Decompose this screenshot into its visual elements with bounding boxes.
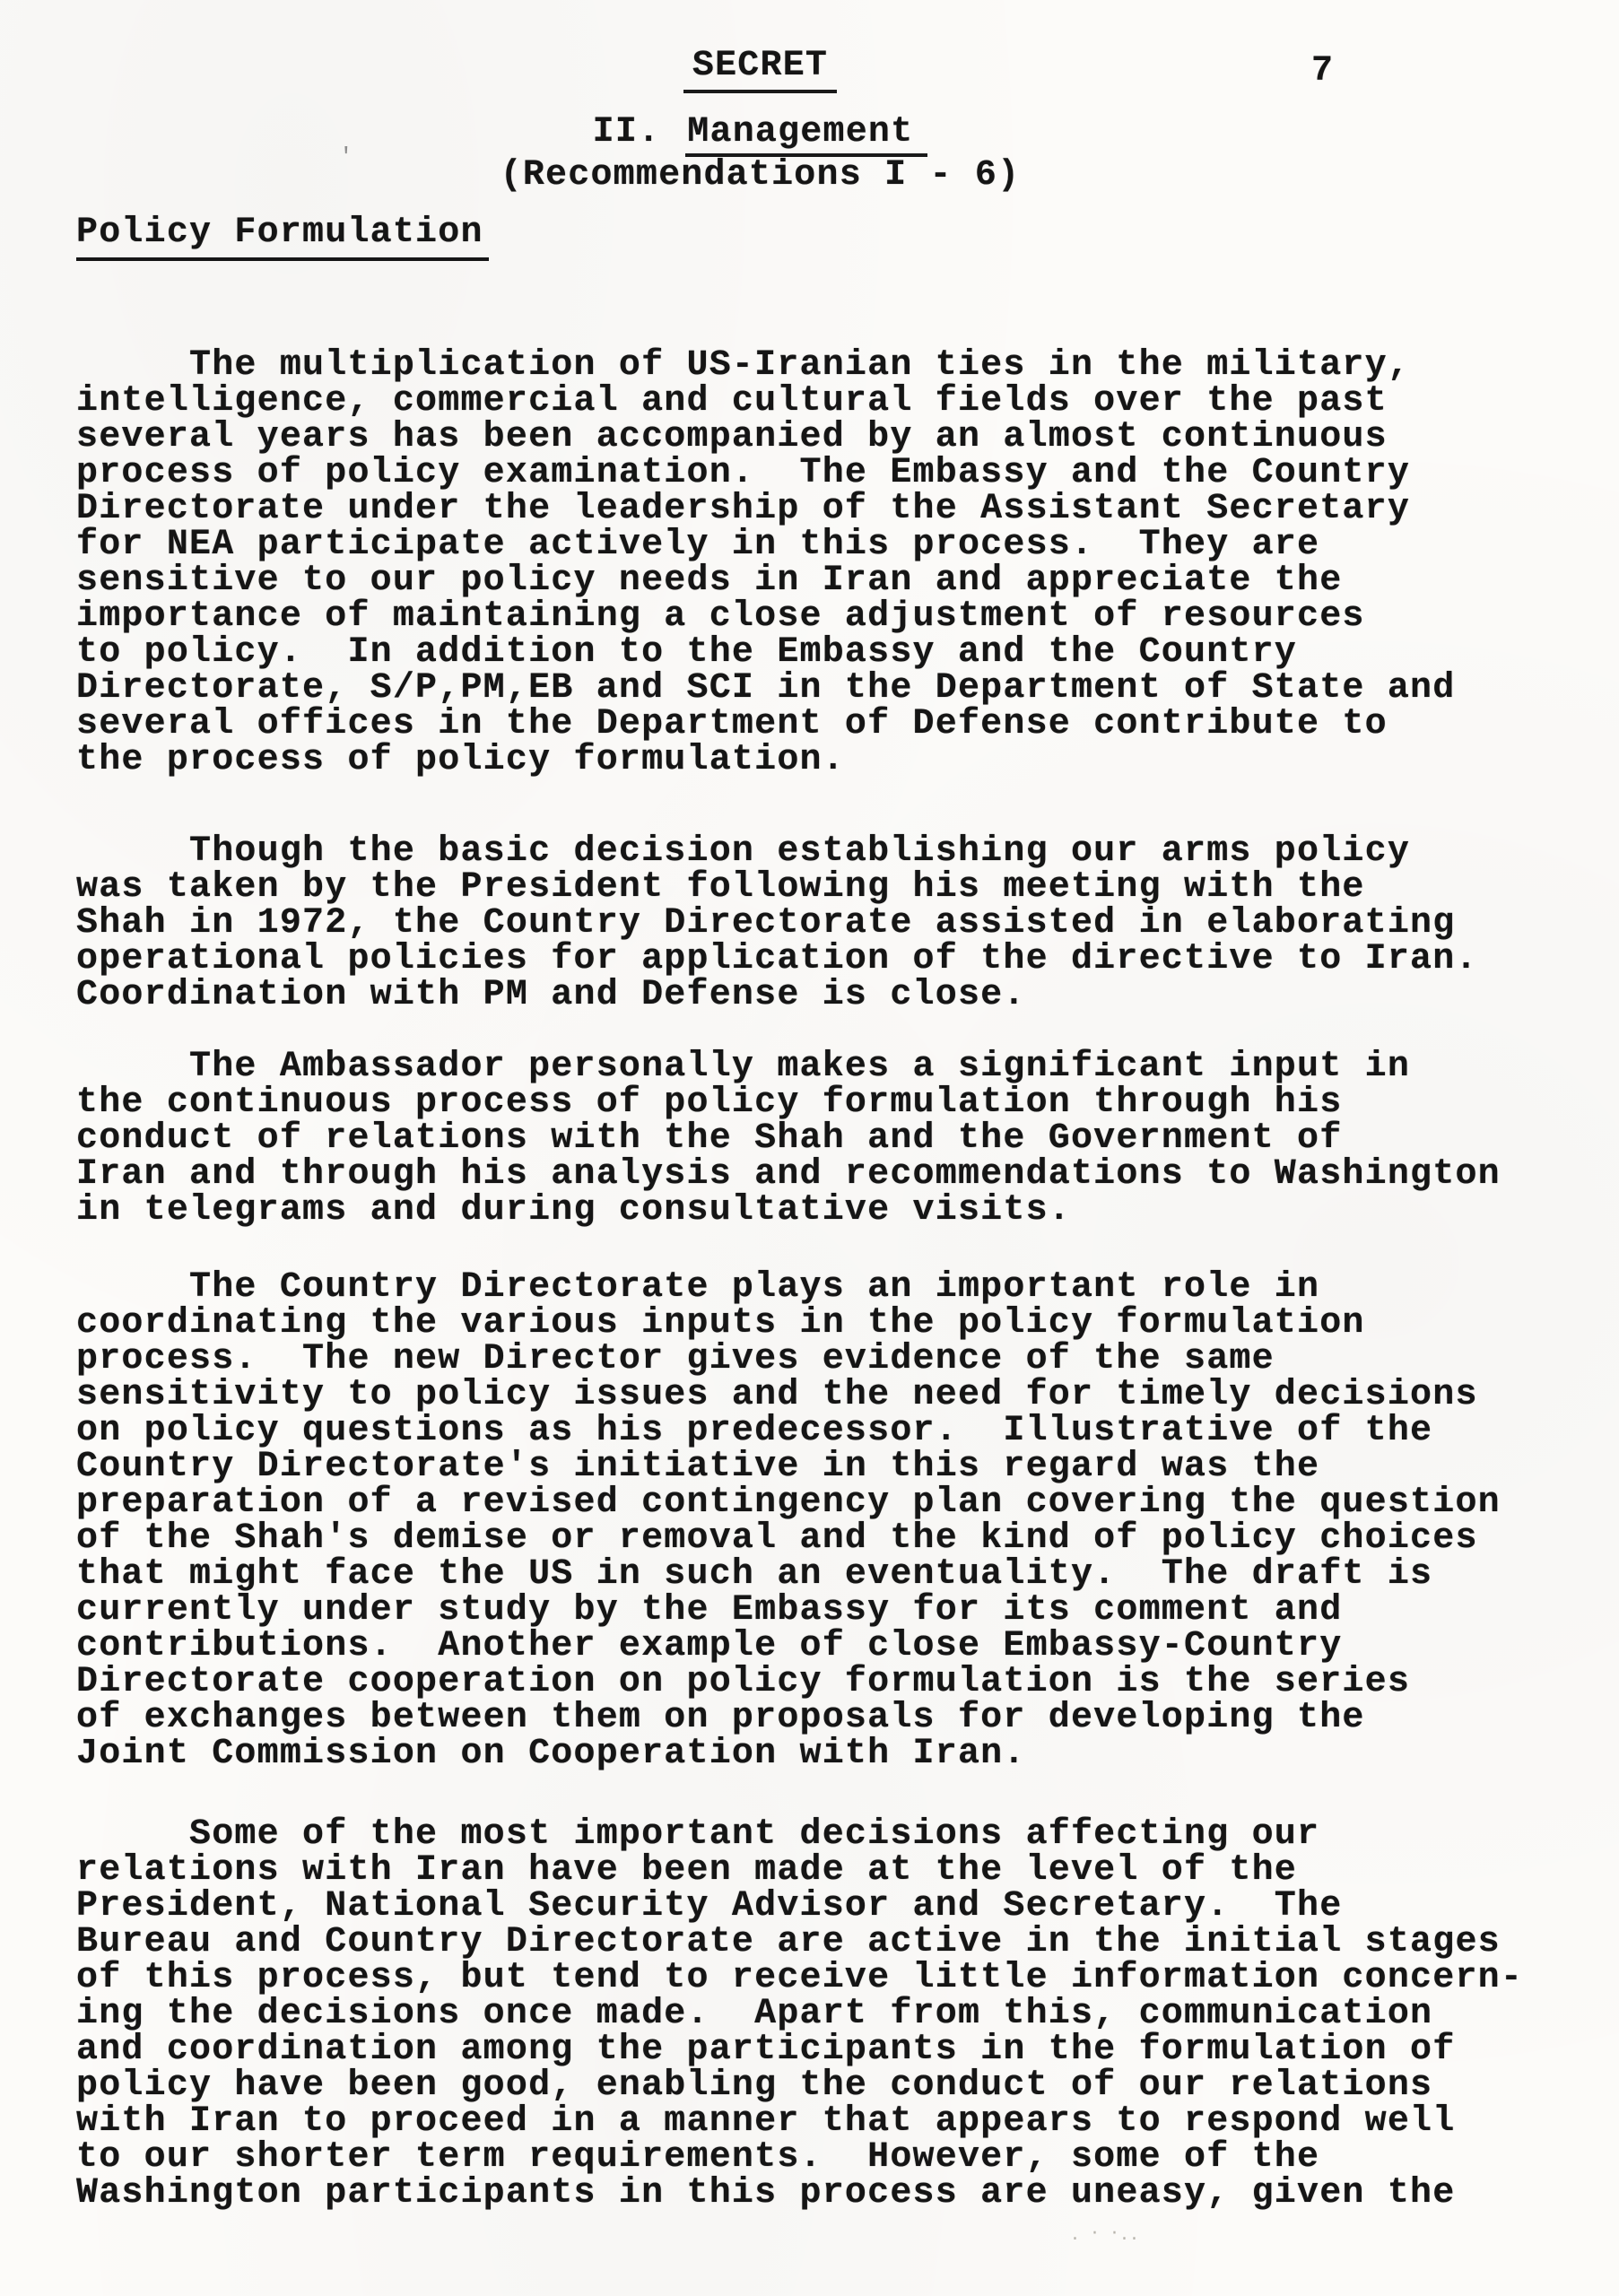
paragraph-3: The Ambassador personally makes a signif… bbox=[76, 1049, 1501, 1229]
section-heading: II.Management bbox=[0, 115, 1570, 157]
stray-ink-mark: ' bbox=[339, 143, 353, 170]
paragraph-5: Some of the most important decisions aff… bbox=[76, 1817, 1523, 2212]
classification-banner: SECRET bbox=[683, 47, 837, 93]
paragraph-4: The Country Directorate plays an importa… bbox=[76, 1270, 1501, 1772]
smudge-mark: . · ·.. bbox=[1072, 2222, 1141, 2245]
scanned-document-page: 7 SECRET II.Management (Recommendations … bbox=[0, 0, 1619, 2296]
paragraph-2: Though the basic decision establishing o… bbox=[76, 834, 1478, 1013]
document-heading: Policy Formulation bbox=[76, 213, 489, 261]
section-number: II. bbox=[593, 112, 661, 152]
section-title: Management bbox=[685, 115, 927, 157]
section-subtitle: (Recommendations I - 6) bbox=[0, 158, 1570, 194]
document-header: SECRET II.Management (Recommendations I … bbox=[0, 47, 1570, 194]
paragraph-1: The multiplication of US-Iranian ties in… bbox=[76, 348, 1455, 778]
